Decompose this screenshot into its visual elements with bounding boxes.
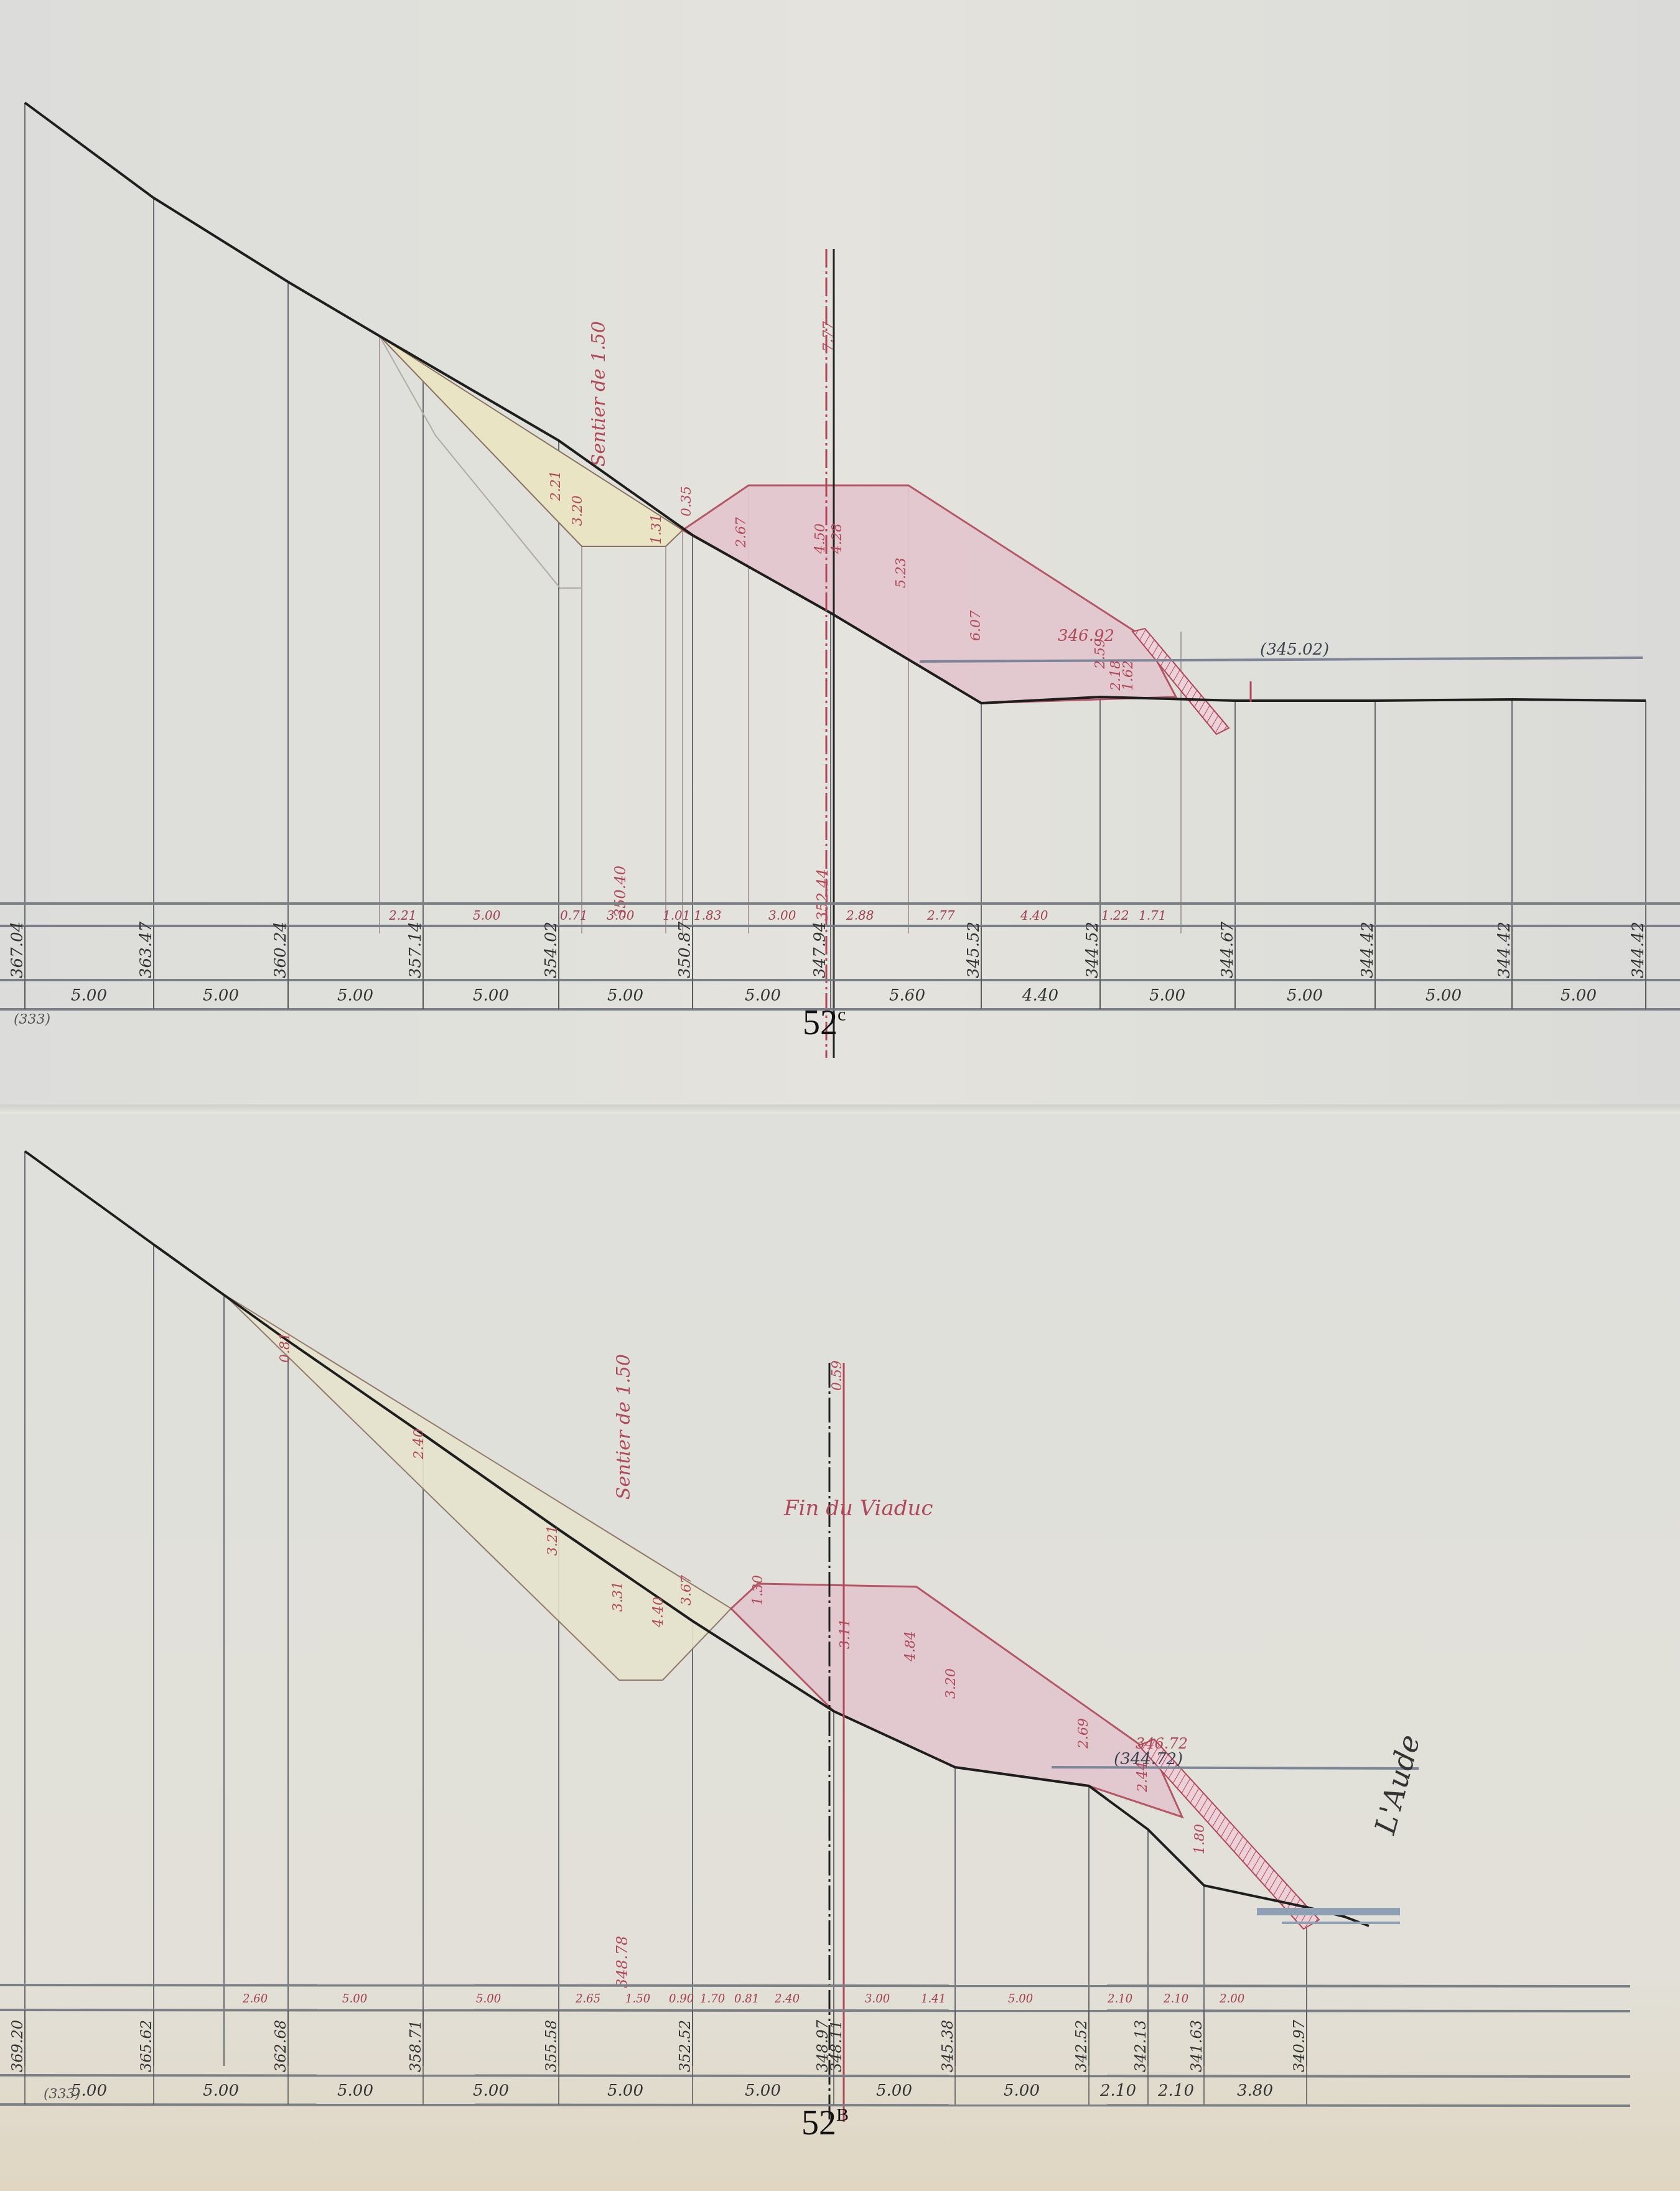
svg-text:354.02: 354.02 (542, 922, 561, 978)
svg-text:355.58: 355.58 (543, 2020, 560, 2072)
svg-text:3.20: 3.20 (570, 495, 586, 526)
cut-area (380, 336, 683, 546)
svg-text:341.63: 341.63 (1188, 2020, 1205, 2072)
svg-text:2.77: 2.77 (926, 908, 955, 923)
svg-text:344.42: 344.42 (1495, 922, 1514, 978)
svg-text:5.00: 5.00 (1426, 986, 1462, 1005)
svg-text:5.00: 5.00 (607, 986, 643, 1005)
svg-text:350.87: 350.87 (676, 922, 694, 978)
water-level-line (1052, 1767, 1419, 1768)
svg-text:5.00: 5.00 (1561, 986, 1597, 1005)
svg-text:2.21: 2.21 (548, 470, 564, 502)
svg-text:340.97: 340.97 (1290, 2019, 1308, 2072)
svg-text:5.23: 5.23 (894, 558, 909, 588)
cross-section-52c: Sentier de 1.50 7.77 346.92 (345.02) 2.2… (0, 0, 1680, 1105)
svg-text:348.11: 348.11 (828, 2020, 845, 2072)
svg-text:5.00: 5.00 (473, 2081, 509, 2100)
svg-text:2.67: 2.67 (734, 517, 749, 548)
svg-text:369.20: 369.20 (9, 2020, 26, 2072)
svg-text:6.07: 6.07 (968, 610, 984, 641)
svg-text:352.52: 352.52 (676, 2020, 694, 2072)
svg-text:2.40: 2.40 (411, 1429, 427, 1460)
svg-text:3.00: 3.00 (865, 1992, 890, 2006)
svg-text:2.88: 2.88 (846, 908, 874, 923)
sentier-label: Sentier de 1.50 (588, 321, 610, 467)
svg-text:2.44: 2.44 (1135, 1762, 1150, 1793)
svg-text:5.00: 5.00 (1287, 986, 1323, 1005)
svg-text:1.83: 1.83 (694, 908, 722, 923)
svg-text:3.80: 3.80 (1237, 2081, 1273, 2100)
embankment-fill (731, 1584, 1182, 1817)
svg-text:2.10: 2.10 (1107, 1992, 1132, 2006)
elevations-row: 367.04 363.47 360.24 357.14 354.02 350.8… (8, 922, 1648, 978)
svg-text:1.30: 1.30 (750, 1575, 766, 1605)
svg-text:5.00: 5.00 (337, 986, 373, 1005)
svg-text:3.20: 3.20 (943, 1668, 959, 1699)
svg-text:0.81: 0.81 (734, 1992, 759, 2006)
svg-text:344.42: 344.42 (1358, 922, 1377, 978)
svg-text:1.22: 1.22 (1101, 908, 1129, 923)
axis-height-label: 7.77 (821, 321, 836, 352)
svg-text:5.00: 5.00 (473, 986, 509, 1005)
svg-text:4.40: 4.40 (1020, 908, 1048, 923)
bottom-elevation-label: 348.78 (614, 1936, 631, 1988)
svg-text:2.65: 2.65 (575, 1992, 600, 2006)
svg-text:5.00: 5.00 (745, 2081, 781, 2100)
axis-height-label: 0.59 (829, 1360, 845, 1391)
svg-text:345.38: 345.38 (939, 2020, 956, 2072)
profile-number: 52B (801, 2104, 849, 2142)
svg-text:2.40: 2.40 (774, 1992, 800, 2006)
partial-distances-row: 2.60 5.00 5.00 2.65 1.50 0.90 1.70 0.81 … (242, 1992, 1244, 2006)
distances-row: 5.00 5.00 5.00 5.00 5.00 5.00 5.00 5.00 … (71, 2081, 1273, 2100)
svg-text:2.21: 2.21 (388, 908, 417, 923)
water-level-label: (345.02) (1260, 640, 1329, 659)
svg-text:347.94: 347.94 (811, 922, 829, 978)
reference-datum: (333) (44, 2086, 80, 2102)
svg-text:1.70: 1.70 (700, 1992, 725, 2006)
svg-text:2.10: 2.10 (1163, 1992, 1188, 2006)
svg-text:363.47: 363.47 (137, 922, 156, 978)
fin-viaduc-label: Fin du Viaduc (783, 1496, 933, 1521)
svg-text:358.71: 358.71 (407, 2020, 424, 2072)
elevations-row: 369.20 365.62 362.68 358.71 355.58 352.5… (9, 2019, 1308, 2072)
svg-text:360.24: 360.24 (271, 922, 290, 978)
svg-text:1.01: 1.01 (663, 908, 691, 923)
svg-text:4.50: 4.50 (813, 523, 828, 554)
svg-text:365.62: 365.62 (138, 2020, 155, 2072)
svg-text:5.00: 5.00 (342, 1992, 367, 2006)
svg-text:5.00: 5.00 (203, 2081, 239, 2100)
svg-text:5.00: 5.00 (1149, 986, 1185, 1005)
svg-text:344.52: 344.52 (1083, 922, 1102, 978)
river-name-label: L'Aude (1368, 1731, 1427, 1838)
svg-text:0.81: 0.81 (278, 1332, 293, 1363)
sheet-fold (0, 1105, 1680, 1114)
svg-text:2.10: 2.10 (1099, 2081, 1136, 2100)
sentier-label: Sentier de 1.50 (613, 1354, 635, 1500)
svg-text:2.59: 2.59 (1093, 638, 1108, 670)
svg-text:5.60: 5.60 (889, 986, 925, 1005)
svg-text:342.13: 342.13 (1132, 2020, 1149, 2072)
svg-text:0.90: 0.90 (669, 1992, 694, 2006)
svg-text:2.69: 2.69 (1076, 1718, 1091, 1749)
embankment-fill (683, 485, 1176, 703)
svg-text:1.80: 1.80 (1192, 1824, 1208, 1854)
svg-text:3.00: 3.00 (607, 908, 635, 923)
svg-text:5.00: 5.00 (745, 986, 781, 1005)
svg-text:4.28: 4.28 (829, 523, 845, 554)
svg-text:1.31: 1.31 (649, 514, 665, 544)
svg-text:0.71: 0.71 (560, 908, 588, 923)
svg-text:344.67: 344.67 (1218, 922, 1237, 978)
svg-text:5.00: 5.00 (876, 2081, 912, 2100)
svg-text:1.62: 1.62 (1121, 660, 1136, 691)
svg-text:2.10: 2.10 (1157, 2081, 1194, 2100)
svg-text:345.52: 345.52 (964, 922, 983, 978)
svg-text:3.31: 3.31 (610, 1581, 626, 1612)
svg-text:2.00: 2.00 (1219, 1992, 1244, 2006)
svg-text:4.84: 4.84 (903, 1631, 918, 1662)
svg-text:5.00: 5.00 (203, 986, 239, 1005)
svg-text:3.67: 3.67 (679, 1575, 694, 1605)
svg-text:5.00: 5.00 (1008, 1992, 1033, 2006)
cross-section-52b: Sentier de 1.50 Fin du Viaduc 0.59 346.7… (0, 1114, 1680, 2191)
profile-number: 52c (803, 1004, 846, 1042)
reference-datum: (333) (14, 1012, 50, 1027)
svg-text:2.60: 2.60 (242, 1992, 268, 2006)
svg-text:4.40: 4.40 (1022, 986, 1058, 1005)
svg-text:5.00: 5.00 (337, 2081, 373, 2100)
river-water (1257, 1908, 1400, 1923)
axis-elevation-label: 352.44 (814, 869, 831, 921)
svg-text:342.52: 342.52 (1073, 2020, 1090, 2072)
svg-text:367.04: 367.04 (8, 922, 27, 978)
svg-text:3.00: 3.00 (768, 908, 796, 923)
svg-text:1.41: 1.41 (921, 1992, 946, 2006)
svg-text:362.68: 362.68 (272, 2020, 289, 2072)
svg-text:0.35: 0.35 (679, 486, 694, 516)
svg-text:344.42: 344.42 (1629, 922, 1648, 978)
partial-distances-row: 2.21 5.00 0.71 3.00 1.01 1.83 3.00 2.88 … (388, 908, 1167, 923)
svg-text:5.00: 5.00 (1004, 2081, 1040, 2100)
svg-text:1.71: 1.71 (1139, 908, 1167, 923)
svg-text:3.11: 3.11 (838, 1619, 853, 1649)
svg-text:4.40: 4.40 (651, 1597, 666, 1628)
svg-text:1.50: 1.50 (625, 1992, 650, 2006)
svg-text:5.00: 5.00 (473, 908, 501, 923)
svg-text:357.14: 357.14 (406, 922, 425, 978)
svg-text:5.00: 5.00 (607, 2081, 643, 2100)
svg-text:5.00: 5.00 (71, 986, 107, 1005)
svg-text:5.00: 5.00 (476, 1992, 501, 2006)
svg-text:3.21: 3.21 (545, 1525, 561, 1556)
